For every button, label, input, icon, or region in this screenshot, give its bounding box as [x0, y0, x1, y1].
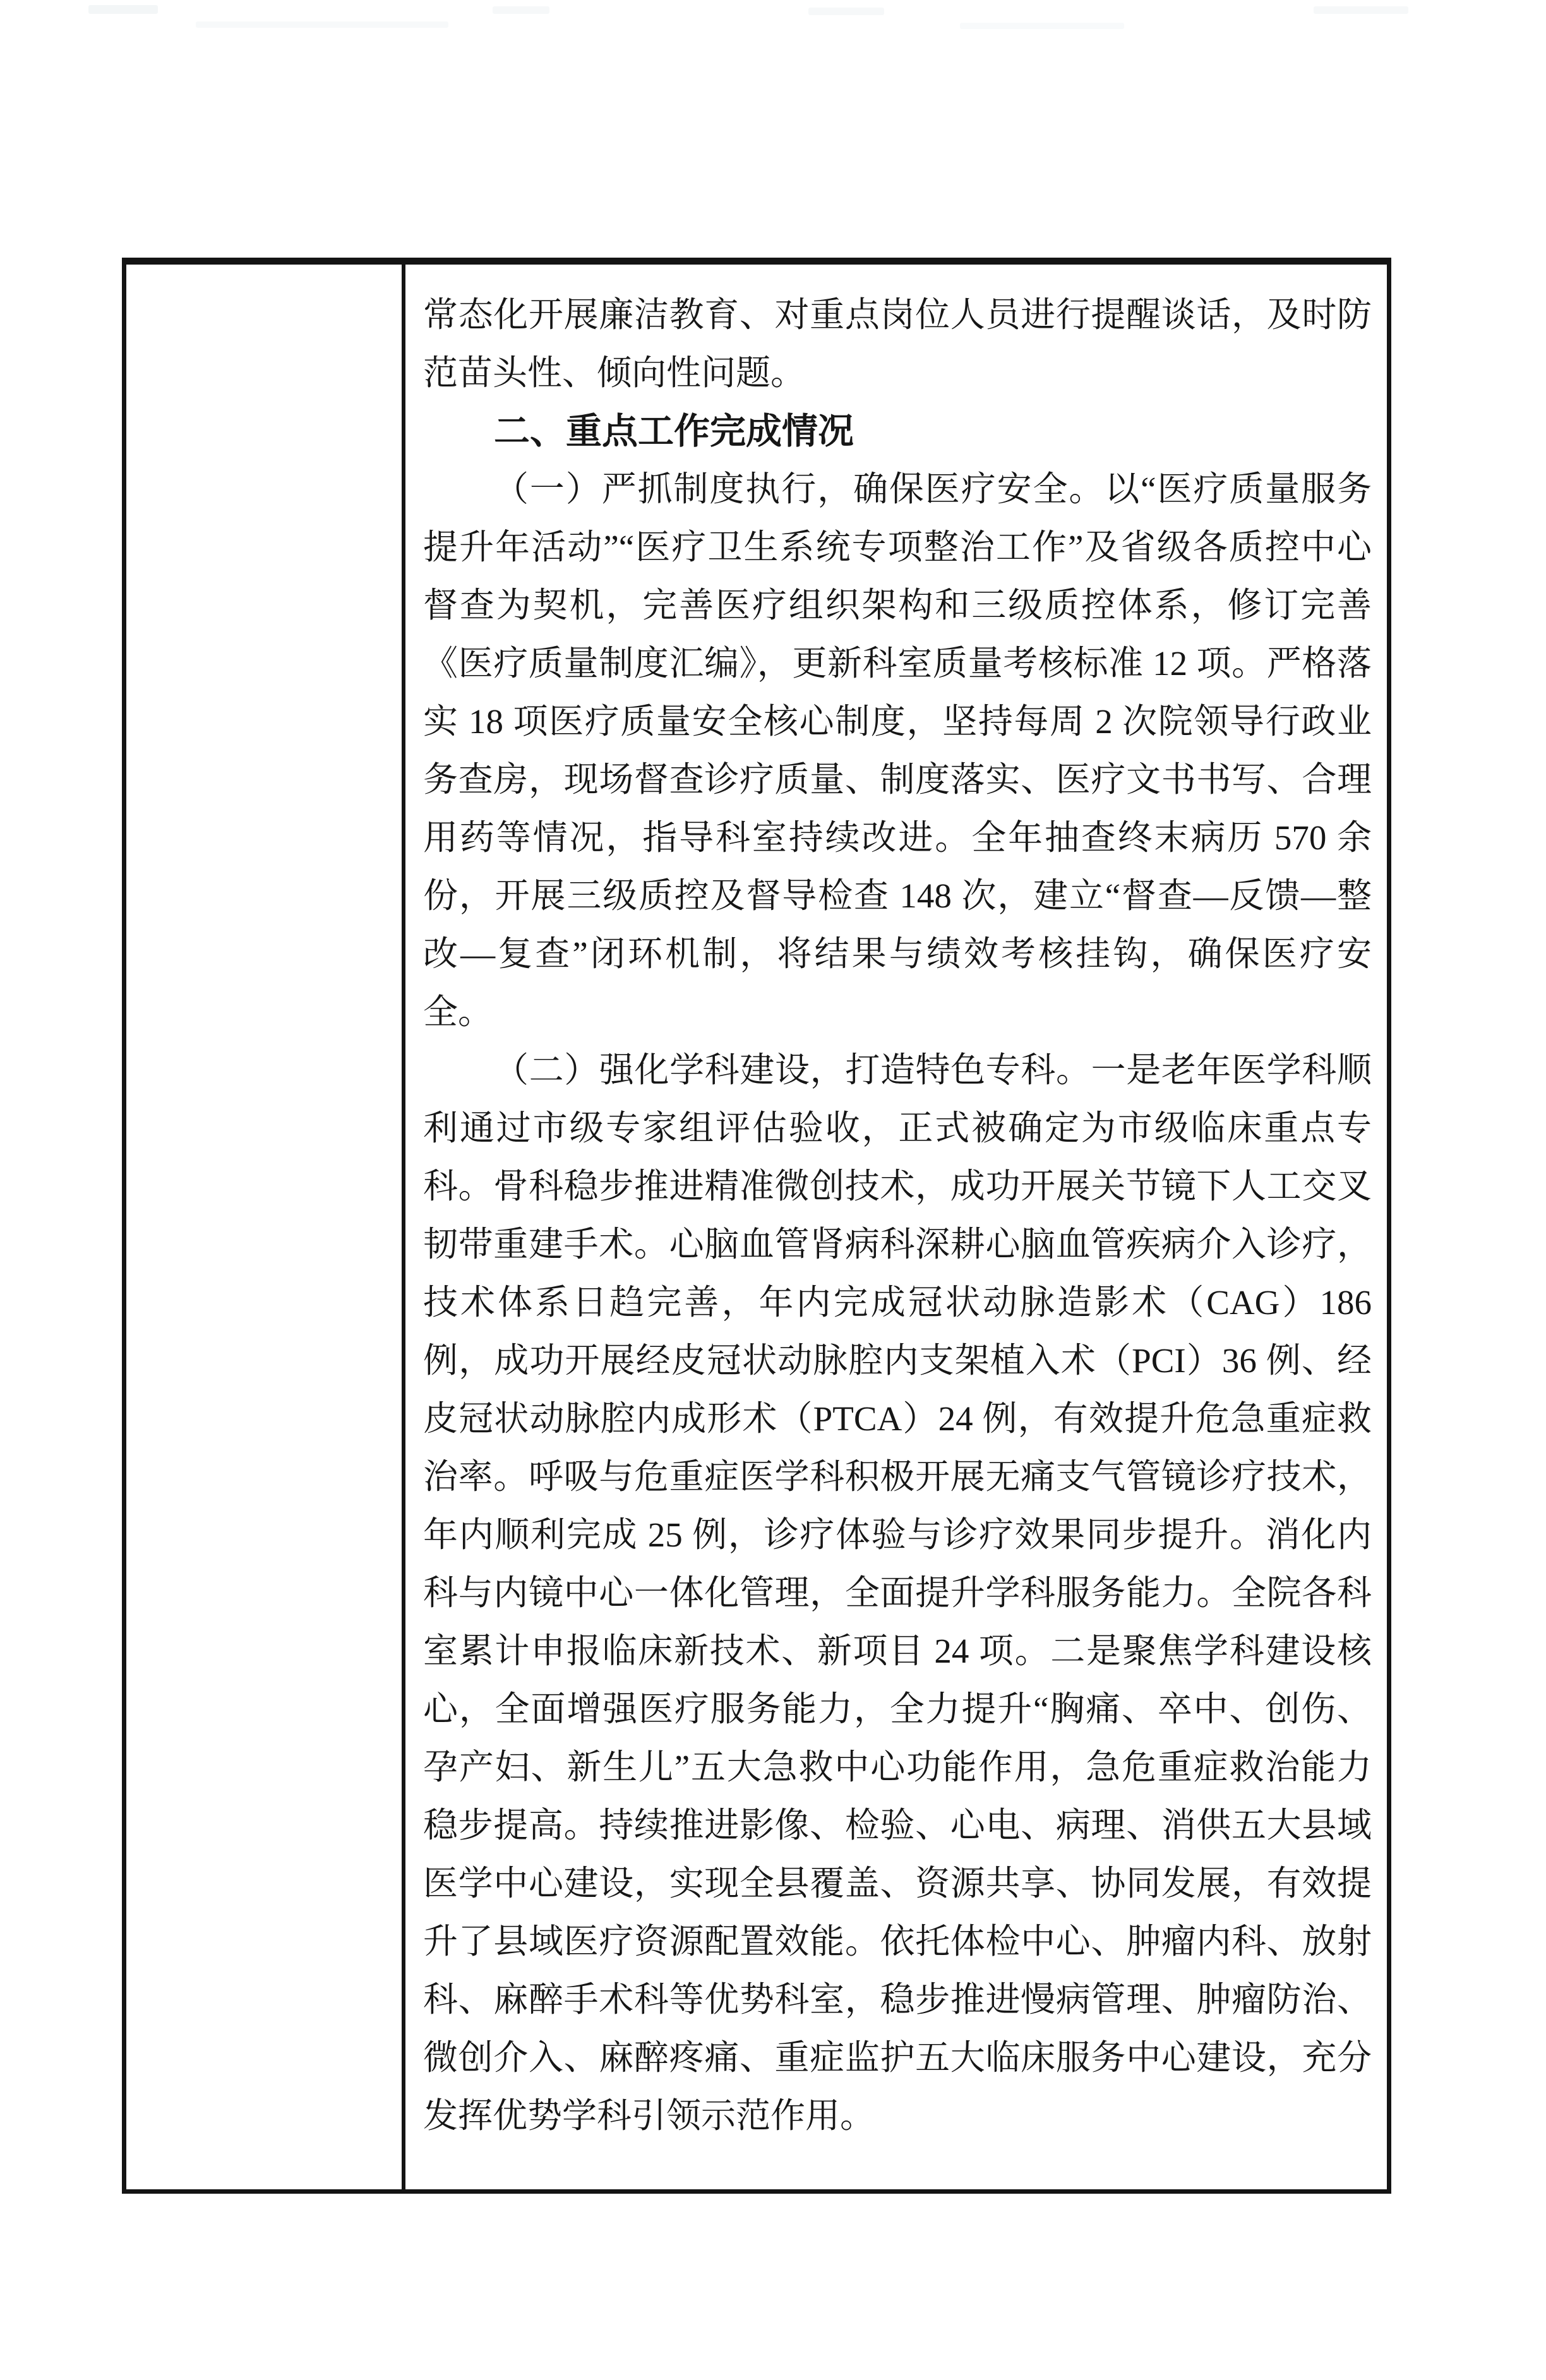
table-content-cell: 常态化开展廉洁教育、对重点岗位人员进行提醒谈话，及时防范苗头性、倾向性问题。 二… — [405, 265, 1387, 2189]
scan-noise — [0, 0, 1546, 38]
table-row-label-cell — [126, 265, 405, 2189]
scan-smudge — [960, 23, 1124, 29]
document-page: 常态化开展廉洁教育、对重点岗位人员进行提醒谈话，及时防范苗头性、倾向性问题。 二… — [0, 0, 1546, 2380]
paragraph-item-two: （二）强化学科建设，打造特色专科。一是老年医学科顺利通过市级专家组评估验收，正式… — [423, 1041, 1372, 2145]
section-heading: 二、重点工作完成情况 — [423, 402, 1372, 460]
report-table: 常态化开展廉洁教育、对重点岗位人员进行提醒谈话，及时防范苗头性、倾向性问题。 二… — [122, 258, 1391, 2194]
scan-smudge — [808, 8, 884, 15]
scan-smudge — [196, 21, 448, 28]
scan-smudge — [88, 5, 158, 14]
scan-smudge — [1314, 6, 1408, 14]
paragraph-item-one: （一）严抓制度执行，确保医疗安全。以“医疗质量服务提升年活动”“医疗卫生系统专项… — [423, 460, 1372, 1041]
paragraph-continuation: 常态化开展廉洁教育、对重点岗位人员进行提醒谈话，及时防范苗头性、倾向性问题。 — [423, 286, 1372, 402]
scan-smudge — [493, 6, 549, 14]
